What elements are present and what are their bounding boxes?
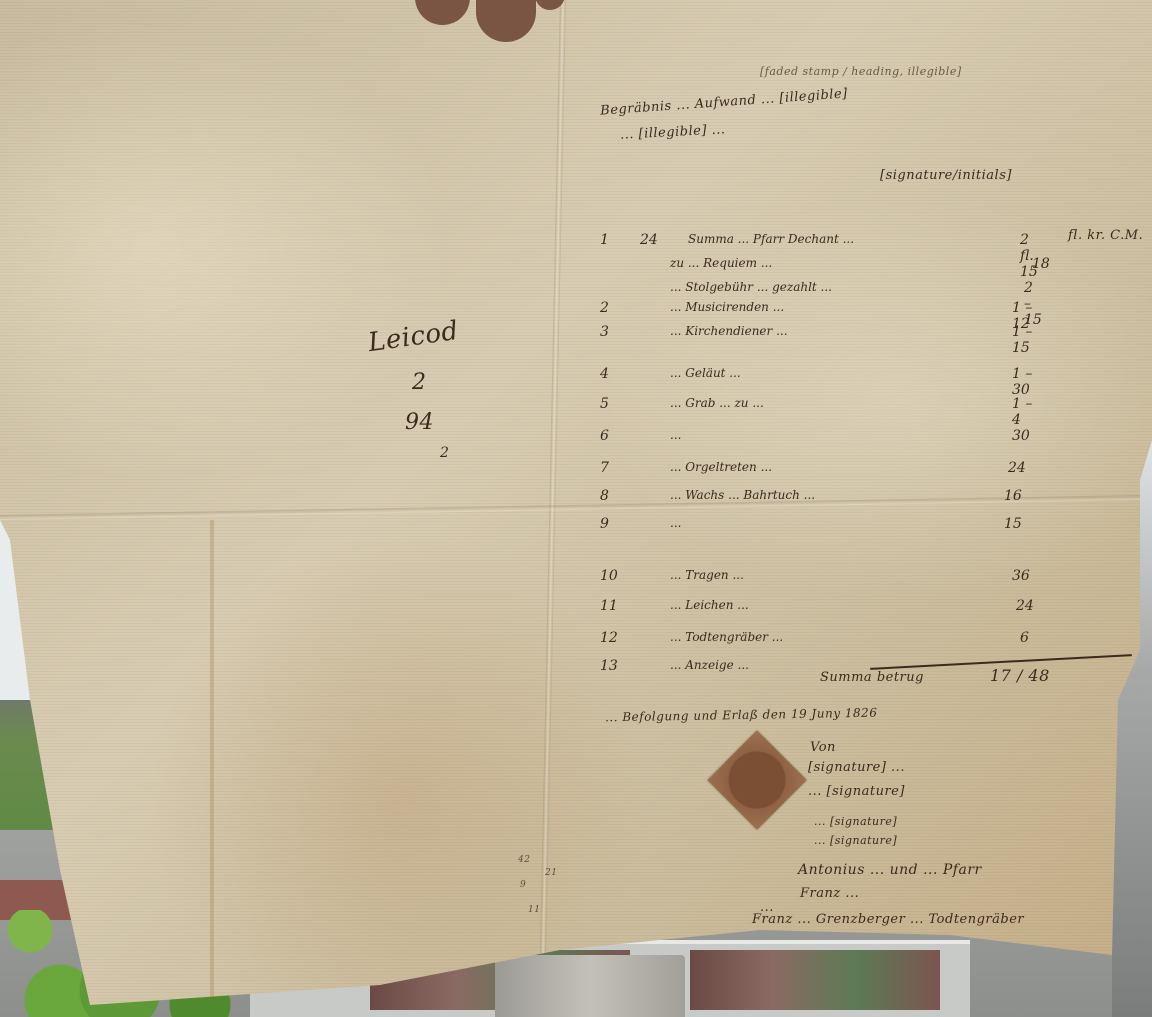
header-stamp: [faded stamp / heading, illegible] (760, 65, 962, 78)
item-desc: ... Tragen ... (670, 568, 744, 582)
margin-note: 21 (545, 868, 557, 878)
annotation-word: Leicod (366, 316, 460, 358)
item-no: 1 (600, 232, 609, 248)
item-no: 13 (600, 658, 618, 674)
document-paper: [faded stamp / heading, illegible] Begrä… (0, 0, 1152, 1017)
item-no: 9 (600, 516, 609, 532)
item-row: zu ... Requiem ... 18 (600, 256, 1040, 276)
item-no: 10 (600, 568, 618, 584)
item-amount: 1 – 30 (1012, 366, 1040, 398)
wax-seal (708, 731, 807, 830)
item-amount: 16 (1004, 488, 1022, 504)
item-row: 6 ... 30 (600, 428, 1040, 448)
item-amount: 24 (1016, 598, 1034, 614)
signature-line: Franz ... Grenzberger ... Todtengräber (752, 912, 1024, 927)
signature-line: ... [signature] (814, 815, 897, 828)
currency-header: fl. kr. C.M. (1068, 228, 1143, 243)
item-no: 2 (600, 300, 609, 316)
item-desc: ... Stolgebühr ... gezahlt ... (670, 280, 832, 294)
item-desc: ... Geläut ... (670, 366, 741, 380)
item-amount: 15 (1004, 516, 1022, 532)
total-label: Summa betrug (820, 670, 924, 685)
item-desc: ... Musicirenden ... (670, 300, 784, 314)
item-no: 4 (600, 366, 609, 382)
item-desc: ... Anzeige ... (670, 658, 749, 672)
item-desc: ... Grab ... zu ... (670, 396, 764, 410)
item-row: 11 ... Leichen ... 24 (600, 598, 1040, 618)
annotation-sub: 2 (440, 445, 449, 461)
signature-line: Franz ... (800, 886, 859, 901)
item-date: 24 (640, 232, 658, 248)
plant-pot (495, 955, 685, 1017)
item-row: 8 ... Wachs ... Bahrtuch ... 16 (600, 488, 1040, 508)
margin-note: 42 (518, 855, 530, 865)
annotation-num2: 94 (405, 410, 434, 435)
item-desc: ... Leichen ... (670, 598, 749, 612)
item-amount: 24 (1008, 460, 1026, 476)
item-amount: 36 (1012, 568, 1030, 584)
item-row: 12 ... Todtengräber ... 6 (600, 630, 1040, 650)
margin-note: 11 (528, 905, 540, 915)
item-row: 1 24 Summa ... Pfarr Dechant ... 2 fl. 1… (600, 232, 1040, 252)
item-no: 5 (600, 396, 609, 412)
item-row: 5 ... Grab ... zu ... 1 – 4 (600, 396, 1040, 416)
item-row: 7 ... Orgeltreten ... 24 (600, 460, 1040, 480)
item-desc: ... Todtengräber ... (670, 630, 783, 644)
item-desc: zu ... Requiem ... (670, 256, 772, 270)
fold-vertical-lower (210, 520, 214, 1000)
signature-line: Von (810, 740, 836, 755)
item-row: ... Stolgebühr ... gezahlt ... 2 – 15 (600, 280, 1040, 300)
signature-line: ... [signature] (814, 834, 897, 847)
item-amount: 1 – 4 (1012, 396, 1040, 428)
signature-line: ... [signature] (808, 784, 905, 799)
item-no: 6 (600, 428, 609, 444)
item-amount: 18 (1032, 256, 1050, 272)
header-title: Begräbnis ... Aufwand ... [illegible] (600, 86, 848, 118)
annotation-num1: 2 (412, 370, 427, 395)
fold-vertical (540, 0, 566, 960)
item-row: 9 ... 15 (600, 516, 1040, 536)
item-row: 2 ... Musicirenden ... 1 – 12 (600, 300, 1040, 320)
item-desc: ... (670, 516, 681, 530)
item-no: 3 (600, 324, 609, 340)
header-initials: [signature/initials] (880, 168, 1012, 183)
item-row: 3 ... Kirchendiener ... 1 – 15 (600, 324, 1040, 344)
item-desc: Summa ... Pfarr Dechant ... (688, 232, 854, 246)
item-row: 4 ... Geläut ... 1 – 30 (600, 366, 1040, 386)
item-desc: ... (670, 428, 681, 442)
item-amount: 6 (1020, 630, 1029, 646)
item-desc: ... Orgeltreten ... (670, 460, 772, 474)
item-amount: 1 – 15 (1012, 324, 1040, 356)
total-amount: 17 / 48 (990, 666, 1050, 685)
item-no: 7 (600, 460, 609, 476)
item-row: 10 ... Tragen ... 36 (600, 568, 1040, 588)
header-subtitle: ... [illegible] ... (620, 122, 726, 143)
place-date: ... Befolgung und Erlaß den 19 Juny 1826 (605, 706, 878, 725)
item-no: 8 (600, 488, 609, 504)
item-amount: 30 (1012, 428, 1030, 444)
item-no: 11 (600, 598, 618, 614)
signature-line: [signature] ... (808, 760, 905, 775)
item-desc: ... Wachs ... Bahrtuch ... (670, 488, 815, 502)
signature-line: Antonius ... und ... Pfarr (798, 862, 982, 878)
margin-note: 9 (520, 880, 526, 890)
item-desc: ... Kirchendiener ... (670, 324, 788, 338)
item-no: 12 (600, 630, 618, 646)
